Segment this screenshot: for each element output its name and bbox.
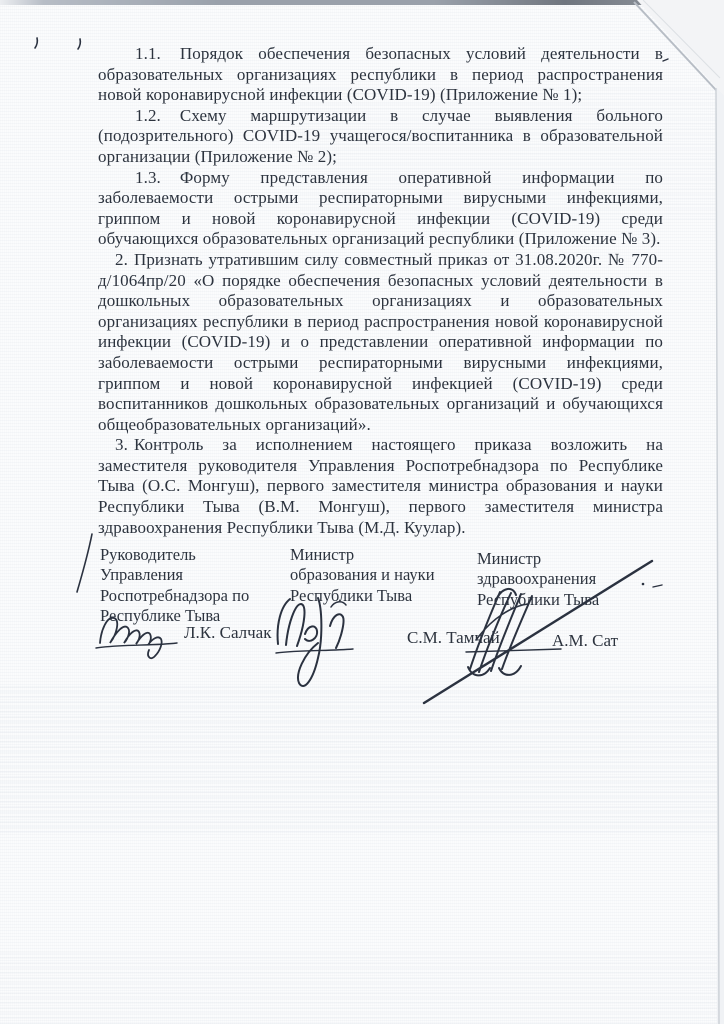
paragraph-1-2: 1.2.Схему маршрутизации в случае выявлен…: [98, 106, 663, 168]
signatory-title-line: Управления: [100, 565, 285, 585]
scan-noise-band: [0, 686, 724, 836]
paragraph-3: 3.Контроль за исполнением настоящего при…: [98, 435, 663, 538]
signatory-title-line: Республики Тыва: [477, 590, 677, 610]
signatory-title-line: Роспотребнадзора по: [100, 586, 285, 606]
scan-top-edge: [0, 0, 724, 5]
signature-column-1: РуководительУправленияРоспотребнадзора п…: [100, 545, 285, 626]
ink-speck: [663, 59, 668, 61]
paragraph-text: Контроль за исполнением настоящего прика…: [98, 435, 663, 536]
paragraph-1-1: 1.1.Порядок обеспечения безопасных услов…: [98, 44, 663, 106]
paragraph-indent: [98, 58, 135, 59]
paragraph-number-gap: [161, 120, 180, 121]
signatory-title-line: Республики Тыва: [290, 586, 475, 606]
scanned-document-page: 1.1.Порядок обеспечения безопасных услов…: [0, 0, 724, 1024]
paper-right-edge: [716, 88, 719, 1024]
paragraph-number: 1.3.: [135, 168, 161, 187]
paragraph-indent: [98, 449, 115, 450]
paragraph-1-3: 1.3.Форму представления оперативной инфо…: [98, 168, 663, 250]
scan-noise-band: [0, 952, 724, 1024]
paragraph-text: Порядок обеспечения безопасных условий д…: [98, 44, 663, 104]
signatory-title-line: Руководитель: [100, 545, 285, 565]
signatory-name: Л.К. Салчак: [184, 623, 272, 643]
signatory-name: А.М. Сат: [552, 631, 618, 651]
signatory-name: С.М. Тамчай: [407, 628, 500, 648]
paragraph-number: 3.: [115, 435, 128, 454]
paragraph-number: 1.2.: [135, 106, 161, 125]
paragraph-number: 1.1.: [135, 44, 161, 63]
ink-speck: [78, 39, 80, 49]
scan-right-margin: [717, 0, 724, 1024]
signatory-title-line: образования и науки: [290, 565, 475, 585]
paragraph-number-gap: [161, 182, 180, 183]
paragraph-indent: [98, 264, 115, 265]
paragraph-number-gap: [161, 58, 180, 59]
paragraph-indent: [98, 182, 135, 183]
signatory-title-line: здравоохранения: [477, 569, 677, 589]
paragraph-text: Признать утратившим силу совместный прик…: [98, 250, 663, 434]
document-body: 1.1.Порядок обеспечения безопасных услов…: [98, 44, 663, 538]
signatory-title-line: Министр: [477, 549, 677, 569]
paragraph-indent: [98, 120, 135, 121]
signature-column-3: МинистрздравоохраненияРеспублики ТываА.М…: [477, 549, 677, 610]
stray-pen-stroke: [77, 534, 92, 592]
signature-column-2: Министробразования и наукиРеспублики Тыв…: [290, 545, 475, 606]
signature-tamchay: [276, 598, 353, 686]
paragraph-text: Схему маршрутизации в случае выявления б…: [98, 106, 663, 166]
paragraph-number: 2.: [115, 250, 128, 269]
ink-speck: [35, 38, 37, 48]
paragraph-text: Форму представления оперативной информац…: [98, 168, 663, 249]
paragraph-2: 2.Признать утратившим силу совместный пр…: [98, 250, 663, 435]
signatory-title-line: Министр: [290, 545, 475, 565]
